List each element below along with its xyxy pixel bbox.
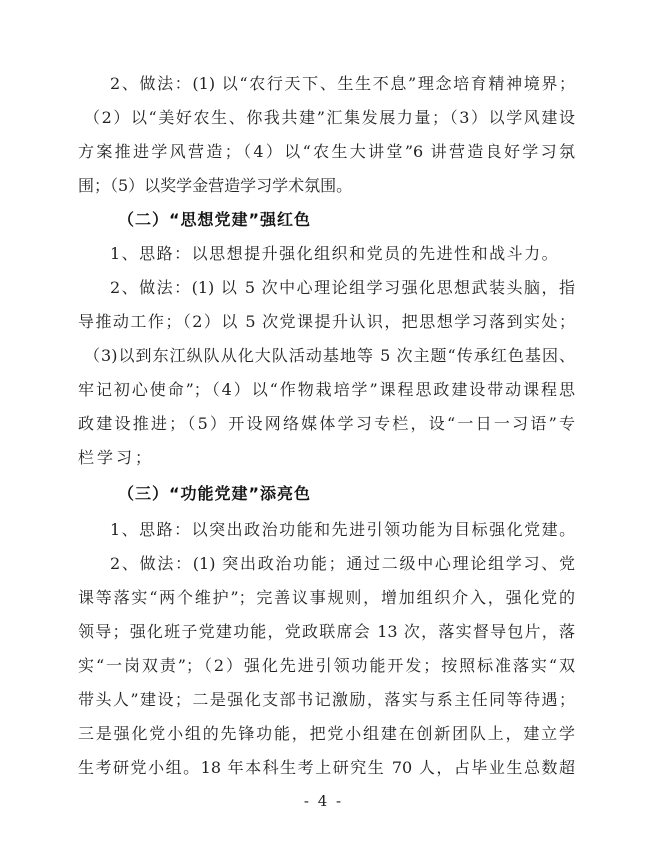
paragraph-line: 方案推进学风营造；（4）以“农生大讲堂”6 讲营造良好学习氛 bbox=[78, 140, 575, 164]
paragraph-line: 牢记初心使命”；（4）以“作物栽培学”课程思政建设带动课程思 bbox=[78, 378, 575, 402]
paragraph-line: 三是强化党小组的先锋功能，把党小组建在创新团队上，建立学 bbox=[78, 722, 575, 746]
section-heading-2: （二）“思想党建”强红色 bbox=[118, 208, 311, 232]
section-heading-3: （三）“功能党建”添亮色 bbox=[118, 482, 311, 506]
paragraph-line: 实“一岗双责”；（2）强化先进引领功能开发；按照标准落实“双 bbox=[78, 654, 575, 678]
paragraph-line: 围；（5）以奖学金营造学习学术氛围。 bbox=[78, 174, 575, 198]
paragraph-line: 生考研党小组。18 年本科生考上研究生 70 人，占毕业生总数超 bbox=[78, 756, 575, 780]
paragraph-line: 2、做法：(1) 以“农行天下、生生不息”理念培育精神境界； bbox=[110, 72, 575, 96]
paragraph-line: 政建设推进；（5）开设网络媒体学习专栏，设“一日一习语”专 bbox=[78, 412, 575, 436]
paragraph-line: （3)以到东江纵队从化大队活动基地等 5 次主题“传承红色基因、 bbox=[84, 344, 575, 368]
paragraph-line: 带头人”建设；二是强化支部书记激励，落实与系主任同等待遇； bbox=[78, 688, 575, 712]
paragraph-line: 1、思路：以思想提升强化组织和党员的先进性和战斗力。 bbox=[110, 242, 575, 266]
paragraph-line: 1、思路：以突出政治功能和先进引领功能为目标强化党建。 bbox=[110, 518, 575, 542]
page-number: - 4 - bbox=[0, 792, 647, 810]
paragraph-line: 2、做法：(1) 突出政治功能；通过二级中心理论组学习、党 bbox=[110, 552, 575, 576]
paragraph-line: （2）以“美好农生、你我共建”汇集发展力量；（3）以学风建设 bbox=[84, 106, 575, 130]
paragraph-line: 课等落实“两个维护”；完善议事规则，增加组织介入，强化党的 bbox=[78, 586, 575, 610]
document-page: 2、做法：(1) 以“农行天下、生生不息”理念培育精神境界； （2）以“美好农生… bbox=[0, 0, 647, 852]
paragraph-line: 领导；强化班子党建功能，党政联席会 13 次，落实督导包片，落 bbox=[78, 620, 575, 644]
paragraph-line: 导推动工作；（2）以 5 次党课提升认识，把思想学习落到实处； bbox=[78, 310, 575, 334]
paragraph-line: 2、做法：(1) 以 5 次中心理论组学习强化思想武装头脑，指 bbox=[110, 276, 575, 300]
paragraph-line: 栏学习； bbox=[78, 446, 575, 470]
